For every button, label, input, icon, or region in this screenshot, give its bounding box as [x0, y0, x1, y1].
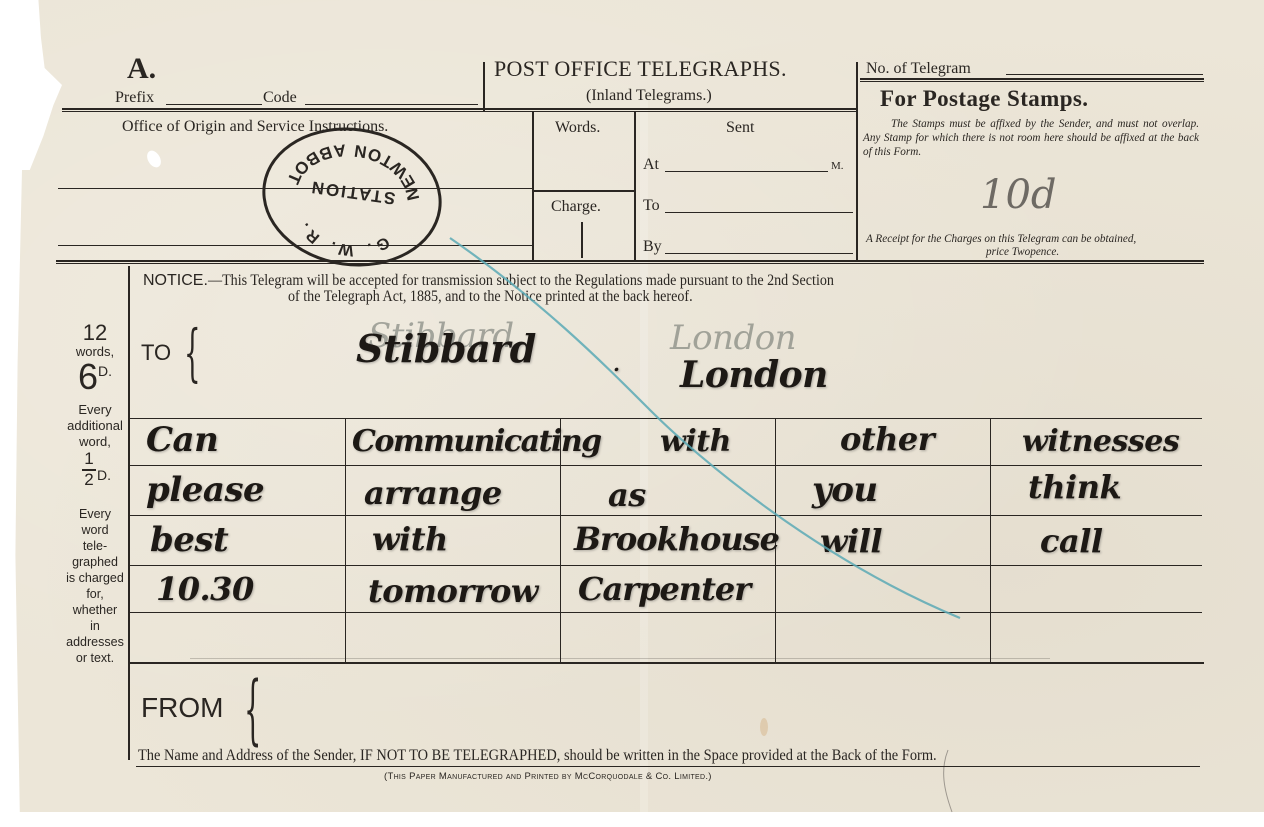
printer-note: (This Paper Manufactured and Printed by … [384, 771, 712, 782]
divider [136, 766, 1200, 767]
from-label: FROM [141, 692, 223, 724]
from-brace: { [244, 664, 261, 753]
telegram-form: A. Prefix Code POST OFFICE TELEGRAPHS. (… [0, 0, 1264, 812]
sender-note: The Name and Address of the Sender, IF N… [138, 747, 937, 765]
stain [760, 718, 768, 736]
from-field[interactable] [290, 676, 990, 736]
